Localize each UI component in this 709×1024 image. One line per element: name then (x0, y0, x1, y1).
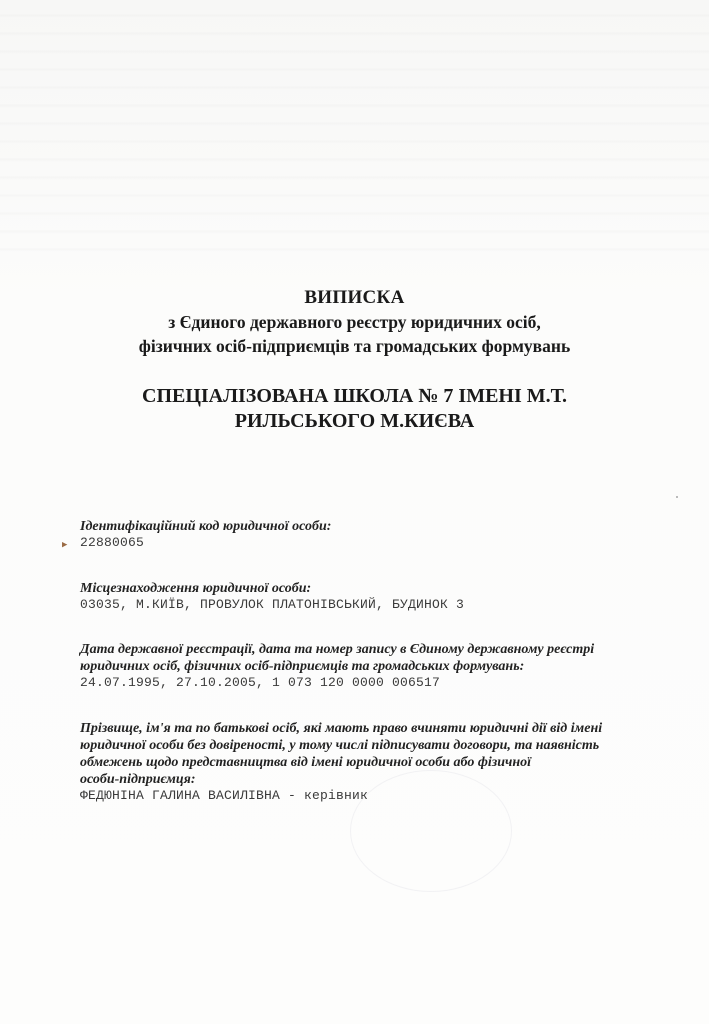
organization-name: СПЕЦІАЛІЗОВАНА ШКОЛА № 7 ІМЕНІ М.Т. РИЛЬ… (0, 384, 709, 434)
arrow-marker-icon: ▶ (62, 537, 68, 553)
field-label-line-4: особи-підприємця: (80, 771, 650, 788)
field-value: 03035, М.КИЇВ, ПРОВУЛОК ПЛАТОНІВСЬКИЙ, Б… (80, 597, 650, 613)
field-label-line-2: юридичних осіб, фізичних осіб-підприємці… (80, 658, 650, 675)
document-title: ВИПИСКА (0, 286, 709, 310)
speck (676, 496, 678, 498)
document-subtitle-line-1: з Єдиного державного реєстру юридичних о… (0, 310, 709, 334)
document-subtitle-line-2: фізичних осіб-підприємців та громадських… (0, 334, 709, 358)
bleed-through-text (0, 0, 709, 260)
field-value: 24.07.1995, 27.10.2005, 1 073 120 0000 0… (80, 675, 650, 691)
field-registration: Дата державної реєстрації, дата та номер… (80, 641, 650, 691)
field-label-line-1: Дата державної реєстрації, дата та номер… (80, 641, 650, 658)
organization-name-line-1: СПЕЦІАЛІЗОВАНА ШКОЛА № 7 ІМЕНІ М.Т. (0, 384, 709, 409)
field-label-line-1: Прізвище, ім'я та по батькові осіб, які … (80, 720, 650, 737)
field-value: 22880065 (80, 535, 144, 550)
field-authorized-persons: Прізвище, ім'я та по батькові осіб, які … (80, 720, 650, 804)
organization-name-line-2: РИЛЬСЬКОГО М.КИЄВА (0, 409, 709, 434)
document-header: ВИПИСКА з Єдиного державного реєстру юри… (0, 286, 709, 358)
field-label: Ідентифікаційний код юридичної особи: (80, 518, 650, 535)
field-label-line-2: юридичної особи без довіреності, у тому … (80, 737, 650, 754)
field-identification-code: Ідентифікаційний код юридичної особи: ▶ … (80, 518, 650, 551)
field-label: Місцезнаходження юридичної особи: (80, 580, 650, 597)
field-location: Місцезнаходження юридичної особи: 03035,… (80, 580, 650, 613)
field-label-line-3: обмежень щодо представництва від імені ю… (80, 754, 650, 771)
faint-stamp (350, 770, 512, 892)
document-page: ВИПИСКА з Єдиного державного реєстру юри… (0, 0, 709, 1024)
